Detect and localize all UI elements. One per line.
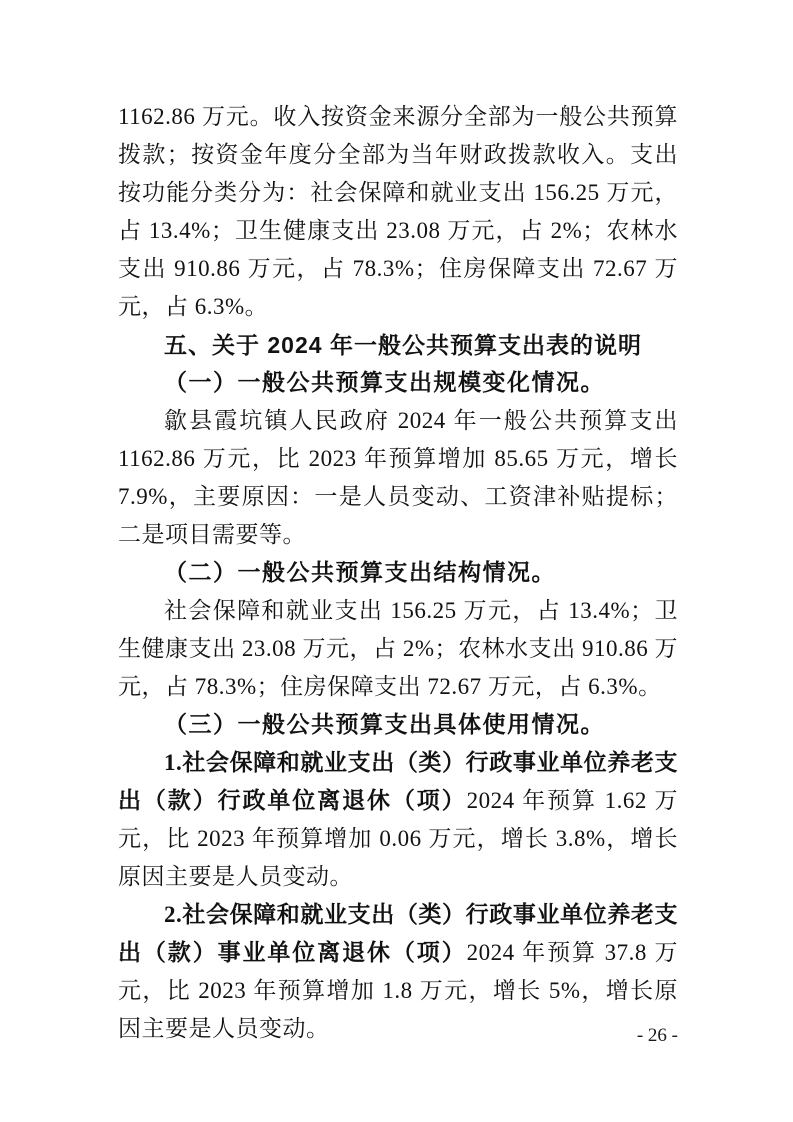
section-heading: 五、关于 2024 年一般公共预算支出表的说明 bbox=[118, 326, 678, 364]
item-1-paragraph: 1.社会保障和就业支出（类）行政事业单位养老支出（款）行政单位离退休（项）202… bbox=[118, 744, 678, 896]
paragraph-continuation: 1162.86 万元。收入按资金来源分全部为一般公共预算拨款；按资金年度分全部为… bbox=[118, 98, 678, 326]
subsection-1-heading: （一）一般公共预算支出规模变化情况。 bbox=[118, 364, 678, 402]
subsection-1-paragraph: 歙县霞坑镇人民政府 2024 年一般公共预算支出 1162.86 万元，比 20… bbox=[118, 402, 678, 554]
subsection-2-paragraph: 社会保障和就业支出 156.25 万元，占 13.4%；卫生健康支出 23.08… bbox=[118, 592, 678, 706]
text-area: 1162.86 万元。收入按资金来源分全部为一般公共预算拨款；按资金年度分全部为… bbox=[118, 98, 678, 1048]
page-number: - 26 - bbox=[0, 1024, 678, 1048]
document-page: 1162.86 万元。收入按资金来源分全部为一般公共预算拨款；按资金年度分全部为… bbox=[0, 0, 793, 1122]
subsection-2-heading: （二）一般公共预算支出结构情况。 bbox=[118, 554, 678, 592]
subsection-3-heading: （三）一般公共预算支出具体使用情况。 bbox=[118, 706, 678, 744]
